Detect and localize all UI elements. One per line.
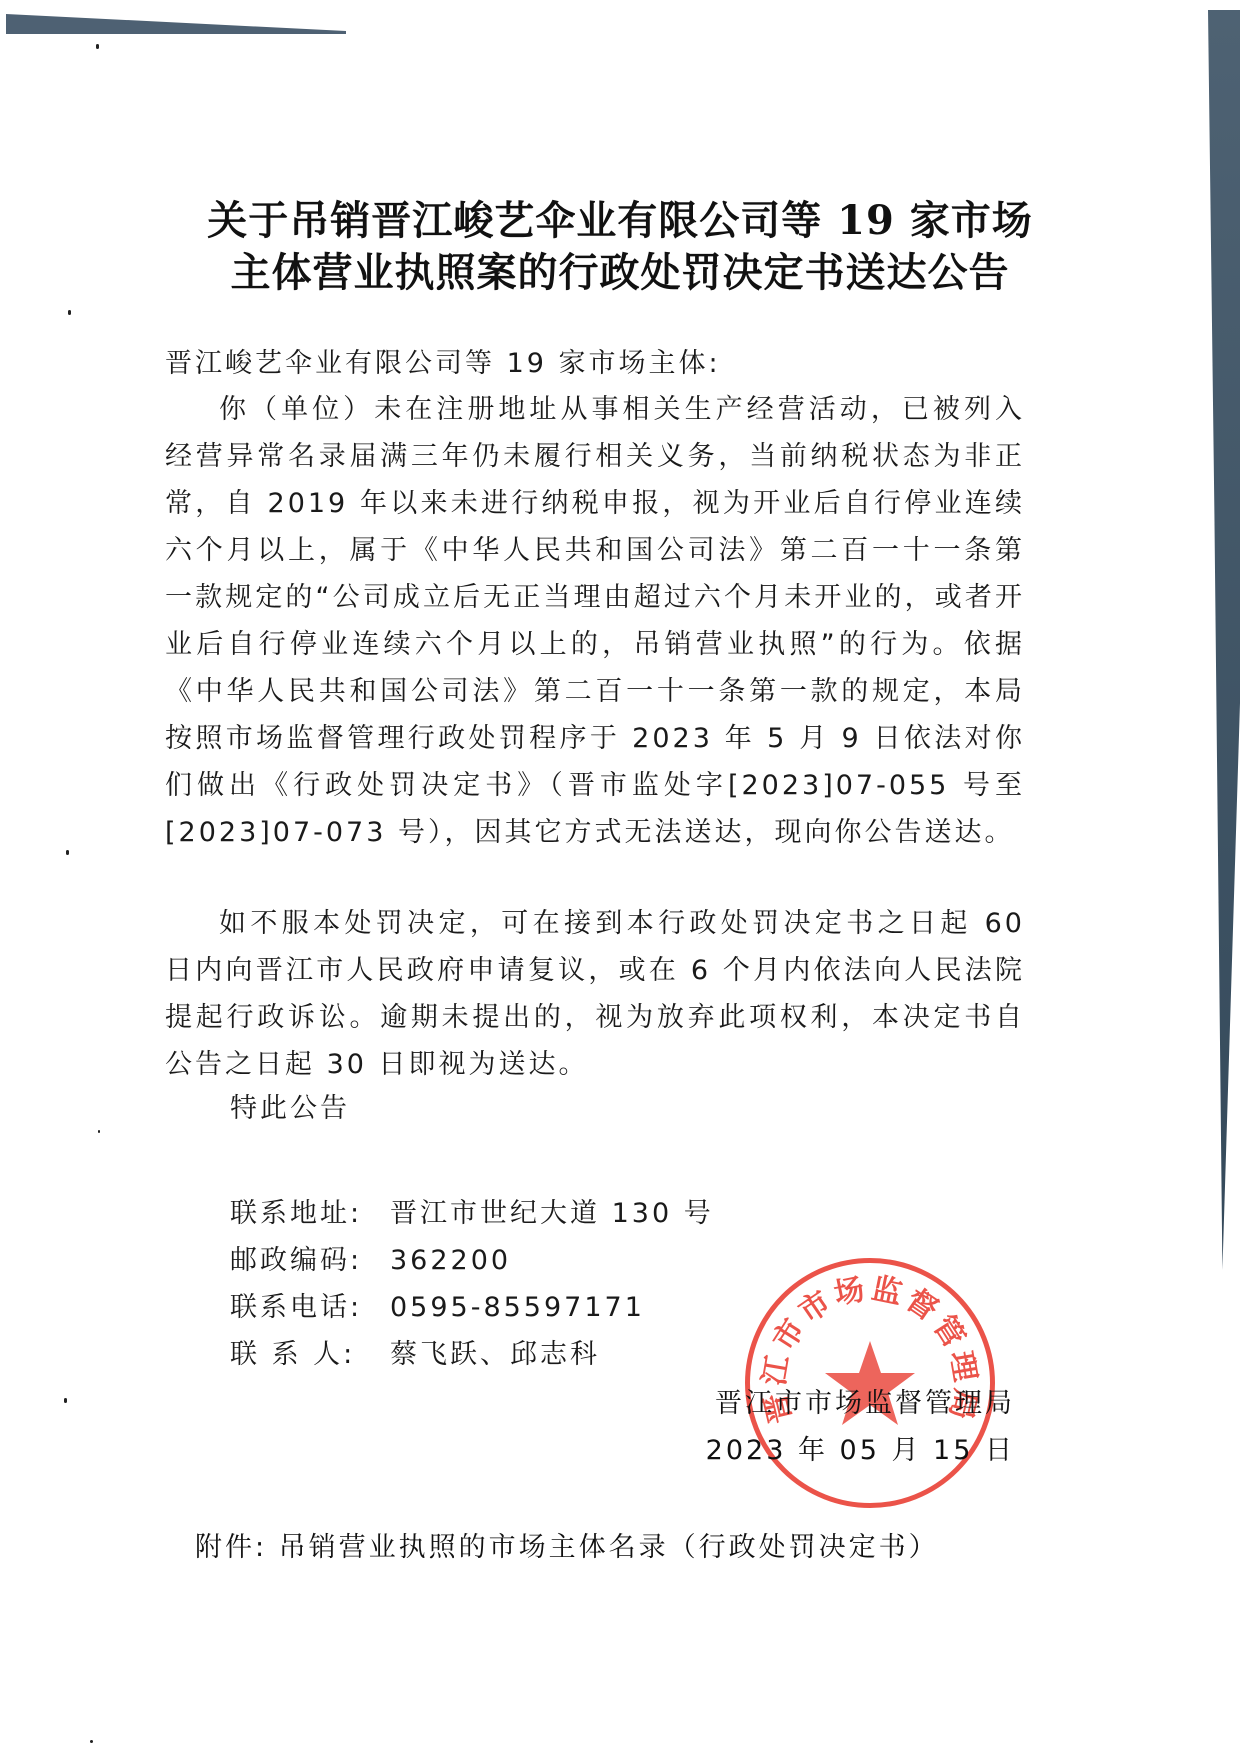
address-label: 联系地址: bbox=[230, 1190, 390, 1237]
signature-block: 晋江市市场监督管理局 2023 年 05 月 15 日 bbox=[706, 1380, 1015, 1474]
address-value: 晋江市世纪大道 130 号 bbox=[390, 1198, 714, 1229]
body-paragraph-2: 如不服本处罚决定，可在接到本行政处罚决定书之日起 60 日内向晋江市人民政府申请… bbox=[165, 900, 1025, 1088]
scan-speck bbox=[64, 1398, 67, 1403]
document-title: 关于吊销晋江峻艺伞业有限公司等 19 家市场 主体营业执照案的行政处罚决定书送达… bbox=[0, 195, 1240, 299]
person-value: 蔡飞跃、邱志科 bbox=[390, 1339, 600, 1370]
body-paragraph-1: 你（单位）未在注册地址从事相关生产经营活动，已被列入经营异常名录届满三年仍未履行… bbox=[165, 386, 1025, 856]
postcode-label: 邮政编码: bbox=[230, 1237, 390, 1284]
phone-label: 联系电话: bbox=[230, 1284, 390, 1331]
issuing-authority: 晋江市市场监督管理局 bbox=[706, 1380, 1015, 1427]
title-line-1: 关于吊销晋江峻艺伞业有限公司等 19 家市场 bbox=[0, 195, 1240, 247]
scan-speck bbox=[98, 1130, 100, 1133]
closing-phrase: 特此公告 bbox=[230, 1085, 350, 1132]
issue-date: 2023 年 05 月 15 日 bbox=[706, 1427, 1015, 1474]
paragraph-text: 你（单位）未在注册地址从事相关生产经营活动，已被列入经营异常名录届满三年仍未履行… bbox=[165, 386, 1025, 856]
person-label: 联 系 人: bbox=[230, 1331, 390, 1378]
paragraph-text: 如不服本处罚决定，可在接到本行政处罚决定书之日起 60 日内向晋江市人民政府申请… bbox=[165, 900, 1025, 1088]
scan-speck bbox=[68, 310, 71, 315]
scan-speck bbox=[66, 850, 69, 855]
contact-address: 联系地址:晋江市世纪大道 130 号 bbox=[230, 1190, 930, 1237]
scan-speck bbox=[96, 44, 99, 49]
postcode-value: 362200 bbox=[390, 1245, 511, 1276]
phone-value: 0595-85597171 bbox=[390, 1292, 645, 1323]
scan-speck bbox=[90, 1740, 93, 1743]
scan-edge-top bbox=[6, 14, 346, 34]
attachment-note: 附件: 吊销营业执照的市场主体名录（行政处罚决定书） bbox=[195, 1525, 939, 1564]
addressee: 晋江峻艺伞业有限公司等 19 家市场主体: bbox=[165, 340, 1025, 387]
title-line-2: 主体营业执照案的行政处罚决定书送达公告 bbox=[0, 247, 1240, 299]
